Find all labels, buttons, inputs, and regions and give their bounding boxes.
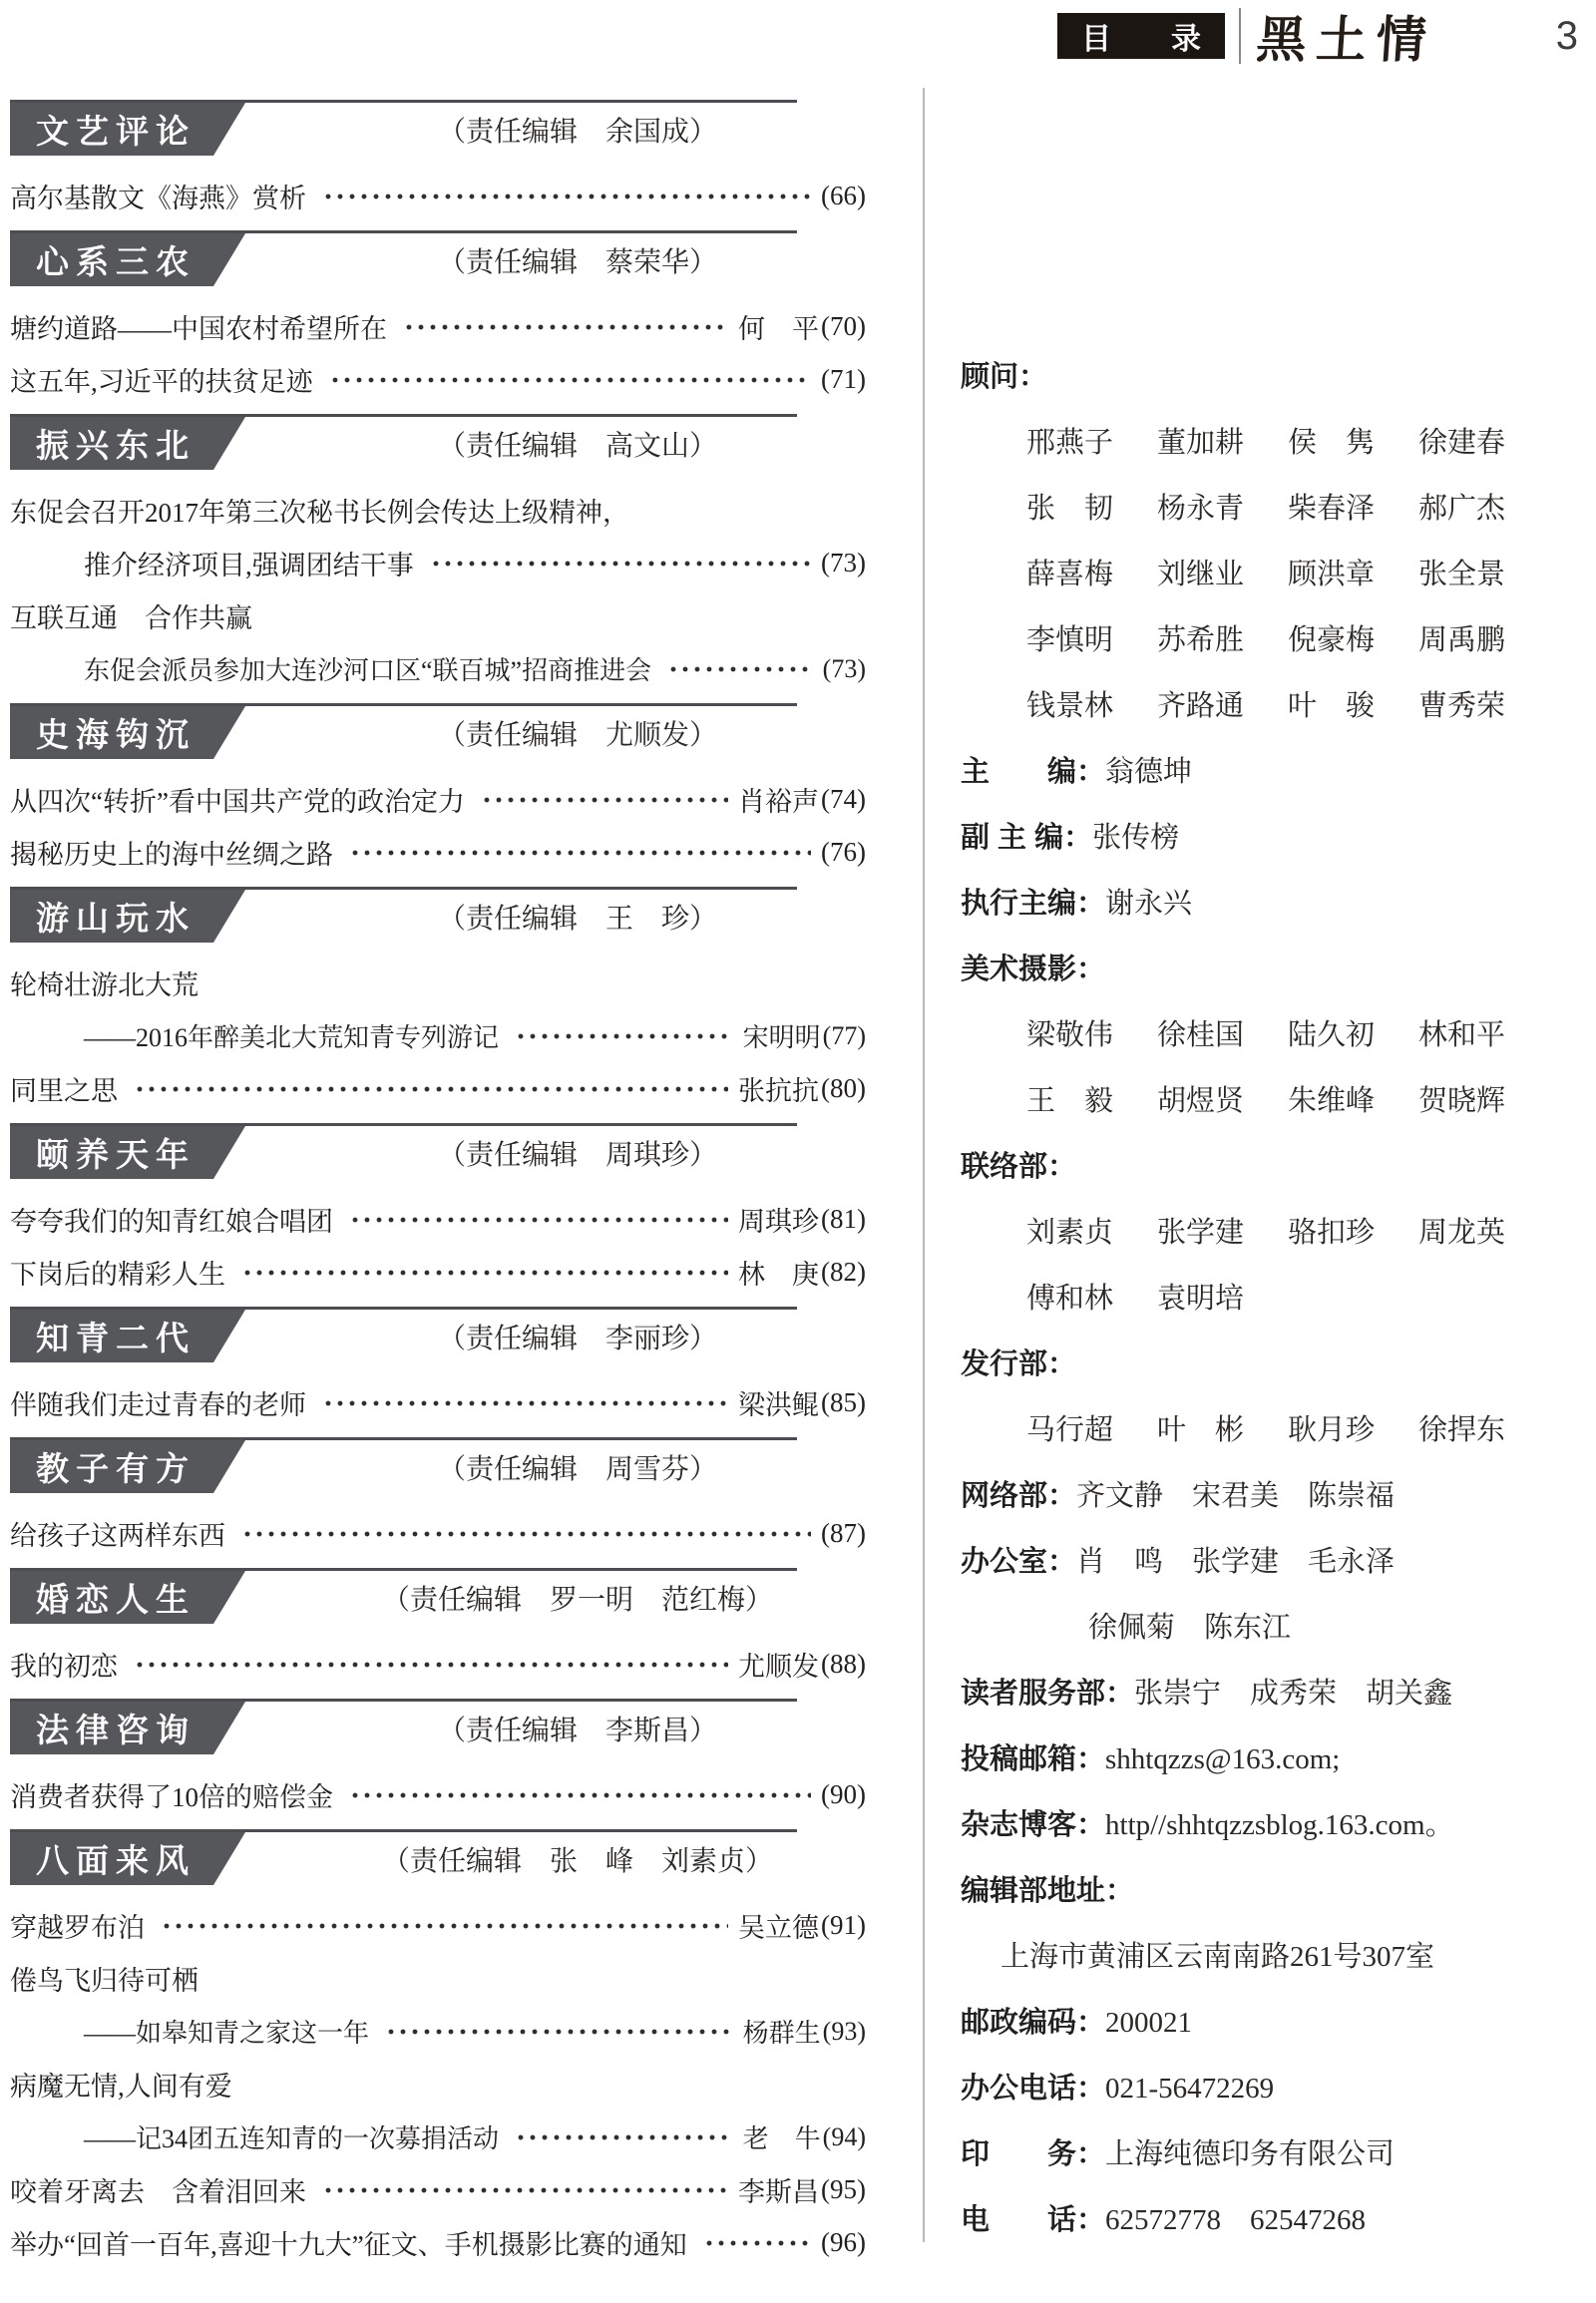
article-page-number: (66) (821, 181, 866, 211)
toc-article-row: 高尔基散文《海燕》赏析 (66) (10, 170, 866, 222)
section-header: 心系三农 （责任编辑 蔡荣华） (10, 230, 866, 286)
dotted-leader (329, 377, 811, 383)
toc-article-row: ——记34团五连知青的一次募捐活动 老 牛(94) (10, 2111, 866, 2163)
page-number: 3 (1556, 14, 1578, 59)
article-title: 东促会召开2017年第三次秘书长例会传达上级精神， (10, 491, 629, 530)
dotted-leader (481, 797, 728, 803)
masthead-value: 徐佩菊 陈东江 (1088, 1612, 1291, 1644)
toc-article-row: 揭秘历史上的海中丝绸之路 (76) (10, 826, 866, 879)
person-name: 贺晓辉 (1418, 1081, 1505, 1121)
article-page-number: (80) (821, 1073, 866, 1104)
masthead-name-row: 钱景林齐路通叶 骏曹秀荣 (961, 686, 1581, 726)
article-author: 何 平 (738, 307, 819, 346)
column-divider (923, 88, 925, 2242)
person-name: 苏希胜 (1157, 620, 1244, 660)
article-title: 这五年,习近平的扶贫足迹 (10, 360, 313, 399)
section-header: 颐养天年 （责任编辑 周琪珍） (10, 1123, 866, 1179)
person-name: 梁敬伟 (1026, 1015, 1113, 1055)
article-page-number: (82) (821, 1257, 866, 1288)
person-name: 周龙英 (1418, 1213, 1505, 1253)
toc-article-row: 咬着牙离去 含着泪回来 李斯昌(95) (10, 2163, 866, 2216)
dotted-leader (349, 1792, 811, 1798)
masthead-line: 投稿邮箱：shhtqzzs@163.com; (961, 1739, 1581, 1779)
toc-article-row: 推介经济项目,强调团结干事 (73) (10, 537, 866, 589)
masthead-value: 张崇宁 成秀荣 胡关鑫 (1134, 1678, 1452, 1710)
article-title: 从四次“转折”看中国共产党的政治定力 (10, 780, 465, 819)
toc-article-row: 举办“回首一百年,喜迎十九大”征文、手机摄影比赛的通知 (96) (10, 2216, 866, 2269)
toc-article-row: 同里之思 张抗抗(80) (10, 1062, 866, 1115)
masthead-name-row: 王 毅胡煜贤朱维峰贺晓辉 (961, 1081, 1581, 1121)
article-title: 我的初恋 (10, 1645, 118, 1684)
toc-article-row: 我的初恋 尤顺发(88) (10, 1638, 866, 1691)
section-header: 婚恋人生 （责任编辑 罗一明 范红梅） (10, 1568, 866, 1624)
masthead-label: 办公电话： (961, 2073, 1105, 2105)
magazine-toc-page: 目 录 黑土情 3 文艺评论 （责任编辑 余国成） 高尔基散文《海燕》赏析 (6… (0, 0, 1596, 2303)
person-name: 董加耕 (1157, 423, 1244, 463)
article-author: 李斯昌 (738, 2170, 819, 2209)
toc-section: 颐养天年 （责任编辑 周琪珍） 夸夸我们的知青红娘合唱团 周琪珍(81) 下岗后… (10, 1123, 866, 1299)
dotted-leader (322, 193, 811, 199)
toc-article-row: 病魔无情,人间有爱 (10, 2058, 866, 2111)
toc-article-row: 东促会召开2017年第三次秘书长例会传达上级精神， (10, 484, 866, 537)
masthead-column: 顾问：邢燕子董加耕侯 隽徐建春张 韧杨永青柴春泽郝广杰薛喜梅刘继业顾洪章张全景李… (961, 88, 1581, 2266)
article-page-number: (96) (821, 2227, 866, 2258)
person-name: 侯 隽 (1288, 423, 1375, 463)
person-name: 叶 彬 (1157, 1410, 1244, 1450)
dotted-leader (403, 324, 728, 330)
article-page-number: (74) (821, 784, 866, 815)
section-header: 法律咨询 （责任编辑 李斯昌） (10, 1699, 866, 1754)
toc-section: 文艺评论 （责任编辑 余国成） 高尔基散文《海燕》赏析 (66) (10, 100, 866, 222)
masthead-line: 美术摄影： (961, 950, 1581, 989)
toc-section: 心系三农 （责任编辑 蔡荣华） 塘约道路——中国农村希望所在 何 平(70) 这… (10, 230, 866, 406)
masthead-name-row: 张 韧杨永青柴春泽郝广杰 (961, 489, 1581, 529)
person-name: 叶 骏 (1288, 686, 1375, 726)
person-name: 齐路通 (1157, 686, 1244, 726)
article-title: ——如皋知青之家这一年 (84, 2013, 369, 2050)
masthead-name-row: 刘素贞张学建骆扣珍周龙英 (961, 1213, 1581, 1253)
article-author: 老 牛 (743, 2118, 821, 2155)
masthead-value: 021-56472269 (1105, 2073, 1274, 2105)
person-name: 胡煜贤 (1157, 1081, 1244, 1121)
dotted-leader (385, 2029, 733, 2035)
article-author: 肖裕声 (738, 780, 819, 819)
toc-article-row: 消费者获得了10倍的赔偿金 (90) (10, 1768, 866, 1821)
article-page-number: (76) (821, 837, 866, 868)
person-name: 邢燕子 (1026, 423, 1113, 463)
section-title-banner: 颐养天年 (10, 1126, 245, 1179)
person-name: 周禹鹏 (1418, 620, 1505, 660)
masthead-value: 200021 (1105, 2007, 1192, 2039)
article-page-number: (91) (821, 1910, 866, 1941)
section-title-banner: 游山玩水 (10, 890, 245, 943)
person-name: 林和平 (1418, 1015, 1505, 1055)
masthead-line: 顾问： (961, 357, 1581, 397)
article-page-number: (88) (821, 1649, 866, 1680)
toc-article-row: 穿越罗布泊 吴立德(91) (10, 1899, 866, 1952)
article-page-number: (70) (821, 311, 866, 342)
masthead-name-row: 邢燕子董加耕侯 隽徐建春 (961, 423, 1581, 463)
section-editor-credit: （责任编辑 李丽珍） (329, 1310, 826, 1362)
person-name: 钱景林 (1026, 686, 1113, 726)
masthead-label: 执行主编： (961, 888, 1105, 920)
masthead-label: 联络部： (961, 1151, 1076, 1183)
section-editor-credit: （责任编辑 周琪珍） (329, 1126, 826, 1179)
article-page-number: (95) (821, 2174, 866, 2205)
magazine-logo: 黑土情 (1254, 0, 1438, 72)
toc-article-row: 塘约道路——中国农村希望所在 何 平(70) (10, 300, 866, 353)
masthead-line: 执行主编：谢永兴 (961, 884, 1581, 924)
article-title: 伴随我们走过青春的老师 (10, 1383, 306, 1422)
toc-section: 教子有方 （责任编辑 周雪芬） 给孩子这两样东西 (87) (10, 1437, 866, 1560)
section-editor-credit: （责任编辑 高文山） (329, 417, 826, 470)
article-author: 周琪珍 (738, 1200, 819, 1239)
article-title: 穿越罗布泊 (10, 1906, 145, 1945)
dotted-leader (703, 2240, 811, 2246)
article-author: 宋明明 (743, 1017, 821, 1054)
toc-section: 婚恋人生 （责任编辑 罗一明 范红梅） 我的初恋 尤顺发(88) (10, 1568, 866, 1691)
section-title-banner: 知青二代 (10, 1310, 245, 1362)
masthead-label: 美术摄影： (961, 954, 1105, 985)
toc-section: 法律咨询 （责任编辑 李斯昌） 消费者获得了10倍的赔偿金 (90) (10, 1699, 866, 1821)
masthead-value: http//shhtqzzsblog.163.com。 (1105, 1809, 1454, 1841)
article-title: 夸夸我们的知青红娘合唱团 (10, 1200, 333, 1239)
article-title: 同里之思 (10, 1069, 118, 1108)
header-divider (1239, 8, 1241, 64)
masthead-label: 主 编： (961, 756, 1105, 788)
section-header: 文艺评论 （责任编辑 余国成） (10, 100, 866, 156)
masthead-label: 邮政编码： (961, 2007, 1105, 2039)
dotted-leader (134, 1086, 728, 1092)
masthead-line: 联络部： (961, 1147, 1581, 1187)
article-page-number: (93) (823, 2017, 866, 2047)
dotted-leader (349, 850, 811, 856)
article-title: 轮椅壮游北大荒 (10, 963, 199, 1002)
toc-article-row: 下岗后的精彩人生 林 庚(82) (10, 1246, 866, 1299)
masthead-line: 发行部： (961, 1344, 1581, 1384)
section-editor-credit: （责任编辑 张 峰 刘素贞） (329, 1832, 826, 1885)
section-header: 知青二代 （责任编辑 李丽珍） (10, 1307, 866, 1362)
dotted-leader (515, 2134, 733, 2140)
section-header: 教子有方 （责任编辑 周雪芬） (10, 1437, 866, 1493)
article-title: 倦鸟飞归待可栖 (10, 1959, 199, 1998)
dotted-leader (515, 1033, 733, 1039)
masthead-line: 主 编：翁德坤 (961, 752, 1581, 792)
masthead-value: 翁德坤 (1105, 756, 1192, 788)
section-title-banner: 振兴东北 (10, 417, 245, 470)
dotted-leader (322, 1400, 728, 1406)
article-author: 梁洪鲲 (738, 1383, 819, 1422)
person-name: 柴春泽 (1288, 489, 1375, 529)
article-title: ——记34团五连知青的一次募捐活动 (84, 2118, 499, 2155)
masthead-line: 印 务：上海纯德印务有限公司 (961, 2134, 1581, 2174)
toc-column: 文艺评论 （责任编辑 余国成） 高尔基散文《海燕》赏析 (66) 心系三农 （责… (10, 100, 866, 2277)
masthead-label: 读者服务部： (961, 1678, 1134, 1710)
toc-article-row: 伴随我们走过青春的老师 梁洪鲲(85) (10, 1376, 866, 1429)
article-title: 举办“回首一百年,喜迎十九大”征文、手机摄影比赛的通知 (10, 2223, 687, 2262)
article-page-number: (87) (821, 1518, 866, 1549)
article-author: 尤顺发 (738, 1645, 819, 1684)
section-header: 振兴东北 （责任编辑 高文山） (10, 414, 866, 470)
article-author: 张抗抗 (738, 1069, 819, 1108)
toc-section: 八面来风 （责任编辑 张 峰 刘素贞） 穿越罗布泊 吴立德(91) 倦鸟飞归待可… (10, 1829, 866, 2269)
section-editor-credit: （责任编辑 周雪芬） (329, 1440, 826, 1493)
article-author: 林 庚 (738, 1253, 819, 1292)
dotted-leader (134, 1662, 728, 1668)
masthead-label: 发行部： (961, 1348, 1076, 1380)
person-name: 马行超 (1026, 1410, 1113, 1450)
person-name: 郝广杰 (1418, 489, 1505, 529)
toc-article-row: ——如皋知青之家这一年 杨群生(93) (10, 2005, 866, 2058)
masthead-label: 杂志博客： (961, 1809, 1105, 1841)
toc-article-row: ——2016年醉美北大荒知青专列游记 宋明明(77) (10, 1009, 866, 1062)
article-title: 塘约道路——中国农村希望所在 (10, 307, 387, 346)
section-editor-credit: （责任编辑 尤顺发） (329, 706, 826, 759)
toc-article-row: 这五年,习近平的扶贫足迹 (71) (10, 353, 866, 406)
article-author: 吴立德 (738, 1906, 819, 1945)
article-page-number: (81) (821, 1204, 866, 1235)
masthead-value: 上海市黄浦区云南南路261号307室 (1000, 1941, 1434, 1973)
masthead-label: 电 话： (961, 2204, 1105, 2236)
masthead-line: 杂志博客：http//shhtqzzsblog.163.com。 (961, 1805, 1581, 1845)
person-name: 徐捍东 (1418, 1410, 1505, 1450)
person-name: 耿月珍 (1288, 1410, 1375, 1450)
toc-section: 游山玩水 （责任编辑 王 珍） 轮椅壮游北大荒 ——2016年醉美北大荒知青专列… (10, 887, 866, 1115)
article-page-number: (77) (823, 1021, 866, 1051)
toc-article-row: 倦鸟飞归待可栖 (10, 1952, 866, 2005)
article-title: 消费者获得了10倍的赔偿金 (10, 1775, 333, 1814)
dotted-leader (667, 666, 813, 672)
masthead-value: 肖 鸣 张学建 毛永泽 (1076, 1546, 1395, 1578)
toc-article-row: 轮椅壮游北大荒 (10, 957, 866, 1009)
masthead-name-row: 李慎明苏希胜倪豪梅周禹鹏 (961, 620, 1581, 660)
masthead-line: 网络部：齐文静 宋君美 陈崇福 (961, 1476, 1581, 1516)
toc-article-row: 从四次“转折”看中国共产党的政治定力 肖裕声(74) (10, 773, 866, 826)
masthead-label: 网络部： (961, 1480, 1076, 1512)
person-name: 曹秀荣 (1418, 686, 1505, 726)
masthead-label: 副 主 编： (961, 822, 1092, 854)
person-name: 倪豪梅 (1288, 620, 1375, 660)
toc-section: 知青二代 （责任编辑 李丽珍） 伴随我们走过青春的老师 梁洪鲲(85) (10, 1307, 866, 1429)
person-name: 徐桂国 (1157, 1015, 1244, 1055)
article-title: 揭秘历史上的海中丝绸之路 (10, 833, 333, 872)
masthead-value: 谢永兴 (1105, 888, 1192, 920)
masthead-value: shhtqzzs@163.com; (1105, 1743, 1340, 1775)
toc-section: 振兴东北 （责任编辑 高文山） 东促会召开2017年第三次秘书长例会传达上级精神… (10, 414, 866, 695)
section-title-banner: 八面来风 (10, 1832, 245, 1885)
toc-section: 史海钩沉 （责任编辑 尤顺发） 从四次“转折”看中国共产党的政治定力 肖裕声(7… (10, 703, 866, 879)
masthead-label: 顾问： (961, 361, 1047, 393)
masthead-line: 编辑部地址： (961, 1871, 1581, 1911)
person-name: 徐建春 (1418, 423, 1505, 463)
masthead-label: 投稿邮箱： (961, 1743, 1105, 1775)
masthead-line: 办公室：肖 鸣 张学建 毛永泽 (961, 1542, 1581, 1582)
dotted-leader (241, 1531, 811, 1537)
article-title: ——2016年醉美北大荒知青专列游记 (84, 1017, 499, 1054)
toc-article-row: 给孩子这两样东西 (87) (10, 1507, 866, 1560)
masthead-value: 62572778 62547268 (1105, 2204, 1366, 2236)
article-page-number: (94) (823, 2122, 866, 2152)
article-page-number: (71) (821, 364, 866, 395)
section-header: 八面来风 （责任编辑 张 峰 刘素贞） (10, 1829, 866, 1885)
dotted-leader (322, 2187, 728, 2193)
section-title-banner: 法律咨询 (10, 1702, 245, 1754)
page-header: 目 录 黑土情 3 (1057, 10, 1578, 62)
person-name: 骆扣珍 (1288, 1213, 1375, 1253)
section-editor-credit: （责任编辑 王 珍） (329, 890, 826, 943)
person-name: 刘继业 (1157, 555, 1244, 594)
dotted-leader (241, 1270, 728, 1276)
person-name: 王 毅 (1026, 1081, 1113, 1121)
article-title: 给孩子这两样东西 (10, 1514, 225, 1553)
masthead-value: 上海纯德印务有限公司 (1105, 2138, 1395, 2170)
person-name: 张学建 (1157, 1213, 1244, 1253)
masthead-label: 编辑部地址： (961, 1875, 1134, 1907)
section-title-banner: 心系三农 (10, 233, 245, 286)
dotted-leader (430, 561, 811, 567)
article-page-number: (85) (821, 1387, 866, 1418)
masthead-line: 读者服务部：张崇宁 成秀荣 胡关鑫 (961, 1674, 1581, 1714)
person-name: 顾洪章 (1288, 555, 1375, 594)
section-header: 史海钩沉 （责任编辑 尤顺发） (10, 703, 866, 759)
person-name: 李慎明 (1026, 620, 1113, 660)
masthead-line: 办公电话：021-56472269 (961, 2069, 1581, 2109)
section-editor-credit: （责任编辑 罗一明 范红梅） (329, 1571, 826, 1624)
article-title: 东促会派员参加大连沙河口区“联百城”招商推进会 (84, 650, 651, 687)
masthead-line: 电 话：62572778 62547268 (961, 2200, 1581, 2240)
masthead-value: 张传榜 (1092, 822, 1179, 854)
toc-article-row: 互联互通 合作共赢 (10, 589, 866, 642)
person-name: 傅和林 (1026, 1279, 1113, 1319)
person-name: 薛喜梅 (1026, 555, 1113, 594)
dotted-leader (161, 1923, 728, 1929)
masthead-name-row: 傅和林袁明培 (961, 1279, 1581, 1319)
toc-badge: 目 录 (1057, 13, 1225, 59)
section-title-banner: 史海钩沉 (10, 706, 245, 759)
article-page-number: (90) (821, 1779, 866, 1810)
masthead-label: 办公室： (961, 1546, 1076, 1578)
section-editor-credit: （责任编辑 蔡荣华） (329, 233, 826, 286)
masthead-name-row: 梁敬伟徐桂国陆久初林和平 (961, 1015, 1581, 1055)
section-title-banner: 婚恋人生 (10, 1571, 245, 1624)
section-editor-credit: （责任编辑 余国成） (329, 103, 826, 156)
person-name: 朱维峰 (1288, 1081, 1375, 1121)
article-author: 杨群生 (743, 2013, 821, 2050)
article-page-number: (73) (821, 548, 866, 578)
article-title: 推介经济项目,强调团结干事 (84, 544, 414, 582)
person-name: 杨永青 (1157, 489, 1244, 529)
section-title-banner: 教子有方 (10, 1440, 245, 1493)
masthead-name-row: 马行超叶 彬耿月珍徐捍东 (961, 1410, 1581, 1450)
masthead-value: 齐文静 宋君美 陈崇福 (1076, 1480, 1395, 1512)
masthead-line: 邮政编码：200021 (961, 2003, 1581, 2043)
article-title: 病魔无情,人间有爱 (10, 2065, 232, 2104)
toc-article-row: 夸夸我们的知青红娘合唱团 周琪珍(81) (10, 1193, 866, 1246)
article-title: 下岗后的精彩人生 (10, 1253, 225, 1292)
masthead-line: 副 主 编：张传榜 (961, 818, 1581, 858)
person-name: 袁明培 (1157, 1279, 1244, 1319)
section-header: 游山玩水 （责任编辑 王 珍） (10, 887, 866, 943)
article-page-number: (73) (823, 654, 866, 684)
person-name: 陆久初 (1288, 1015, 1375, 1055)
section-title-banner: 文艺评论 (10, 103, 245, 156)
masthead-name-row: 薛喜梅刘继业顾洪章张全景 (961, 555, 1581, 594)
toc-article-row: 东促会派员参加大连沙河口区“联百城”招商推进会 (73) (10, 642, 866, 695)
masthead-line: 徐佩菊 陈东江 (961, 1608, 1581, 1648)
dotted-leader (349, 1217, 728, 1223)
person-name: 张 韧 (1026, 489, 1113, 529)
section-editor-credit: （责任编辑 李斯昌） (329, 1702, 826, 1754)
article-title: 咬着牙离去 含着泪回来 (10, 2170, 306, 2209)
masthead-line: 上海市黄浦区云南南路261号307室 (961, 1937, 1581, 1977)
article-title: 高尔基散文《海燕》赏析 (10, 177, 306, 215)
person-name: 张全景 (1418, 555, 1505, 594)
article-title: 互联互通 合作共赢 (10, 596, 252, 635)
person-name: 刘素贞 (1026, 1213, 1113, 1253)
masthead-label: 印 务： (961, 2138, 1105, 2170)
